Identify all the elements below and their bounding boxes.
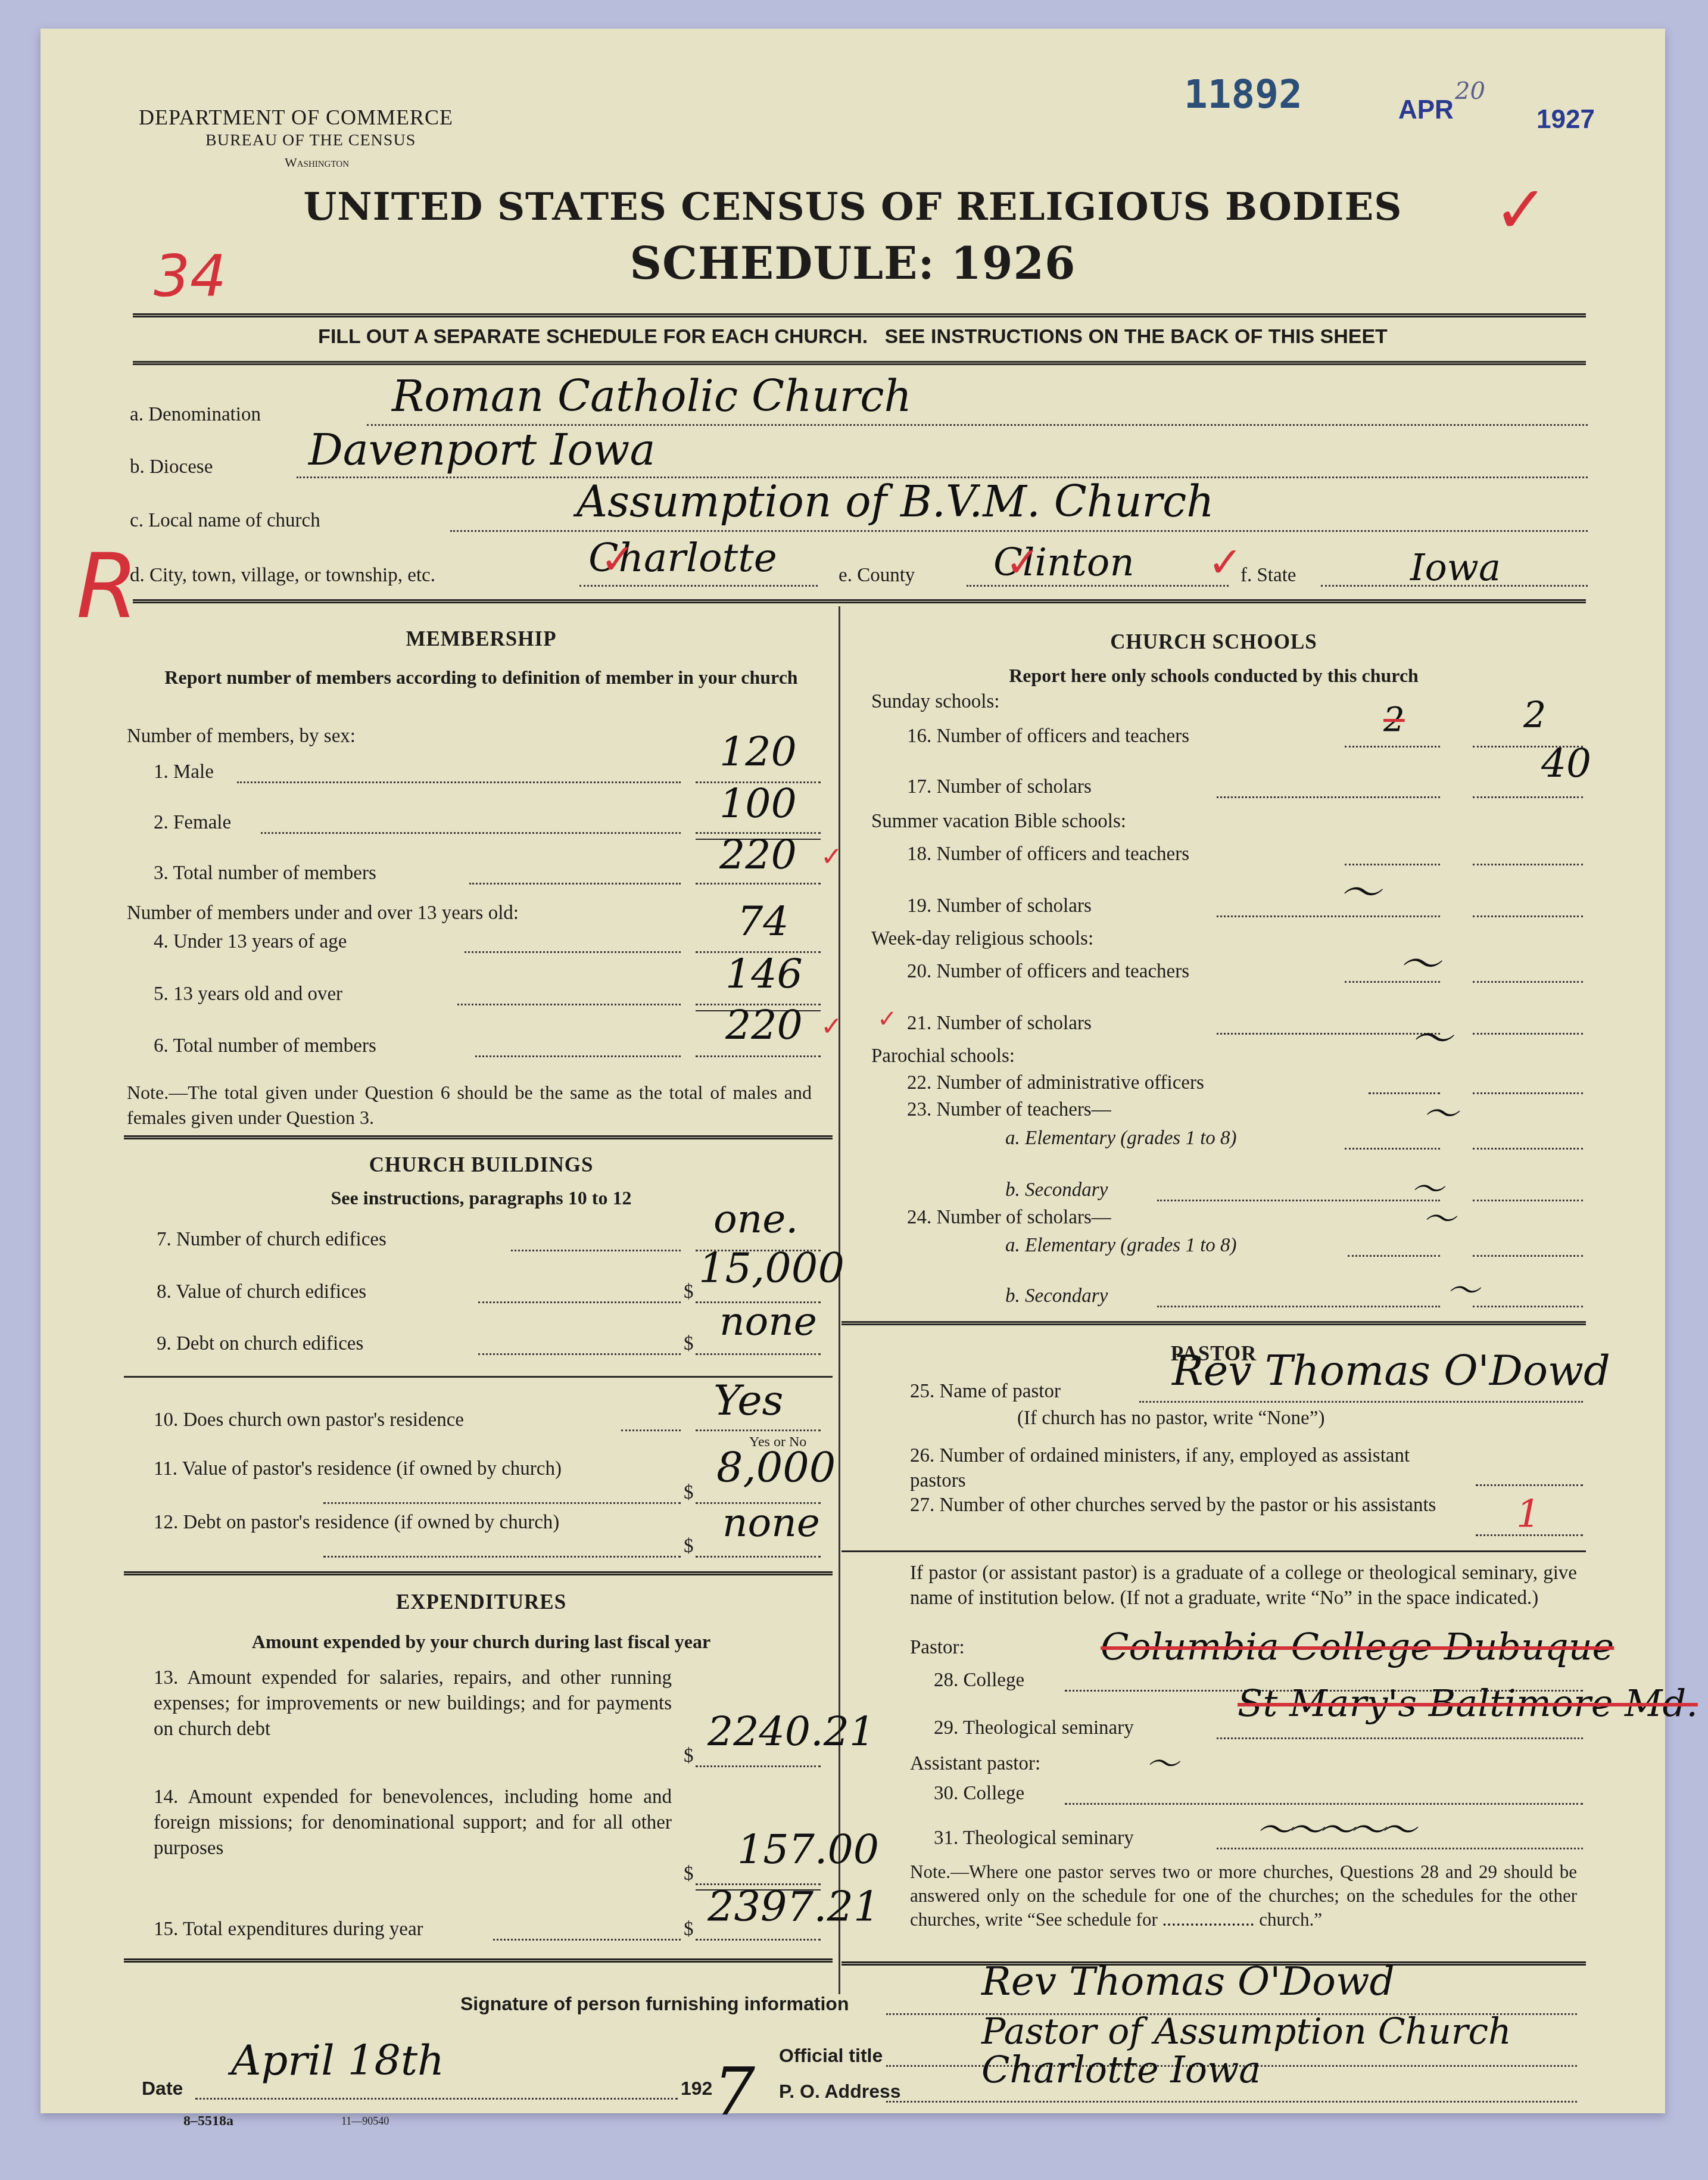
state-field[interactable]: Iowa bbox=[1410, 546, 1501, 589]
dollar-sign: $ bbox=[684, 1333, 694, 1355]
seminary-label: 29. Theological seminary bbox=[934, 1717, 1134, 1739]
membership-subheading: Report number of members according to de… bbox=[160, 663, 803, 692]
schools-subheading: Report here only schools conducted by th… bbox=[841, 665, 1586, 687]
date-field[interactable]: April 18th bbox=[231, 2036, 444, 2085]
official-title-field[interactable]: Pastor of Assumption Church bbox=[981, 2011, 1511, 2053]
dollar-sign: $ bbox=[684, 1536, 694, 1558]
expenditures-subheading: Amount expended by your church during la… bbox=[124, 1631, 839, 1653]
divider bbox=[124, 1135, 833, 1139]
female-label: 2. Female bbox=[154, 812, 231, 834]
benevolences-label: 14. Amount expended for benevolences, in… bbox=[154, 1785, 672, 1861]
county-label: e. County bbox=[839, 565, 915, 587]
sunday-scholars-field[interactable]: 40 bbox=[1541, 740, 1591, 786]
red-ledger-number: 34 bbox=[154, 243, 226, 310]
red-checkmark-icon: ✓ bbox=[1005, 538, 1040, 587]
divider bbox=[124, 1958, 833, 1963]
edifices-count-field[interactable]: one. bbox=[713, 1196, 798, 1242]
form-title: UNITED STATES CENSUS OF RELIGIOUS BODIES bbox=[40, 185, 1665, 229]
under-13-field[interactable]: 74 bbox=[737, 898, 789, 945]
asst-college-label: 30. College bbox=[934, 1783, 1024, 1805]
pastor-subsection-label: Pastor: bbox=[910, 1637, 965, 1659]
sunday-officers-field-a[interactable]: 2 bbox=[1383, 700, 1405, 739]
total-members-2-field[interactable]: 220 bbox=[725, 1002, 803, 1049]
membership-note: Note.—The total given under Question 6 s… bbox=[127, 1080, 812, 1130]
summer-officers-label: 18. Number of officers and teachers bbox=[907, 843, 1189, 865]
official-title-label: Official title bbox=[779, 2045, 883, 2067]
received-day-stamp: 20 bbox=[1455, 77, 1485, 105]
denomination-label: a. Denomination bbox=[130, 404, 261, 426]
total-expenditures-label: 15. Total expenditures during year bbox=[154, 1919, 423, 1941]
summer-schools-label: Summer vacation Bible schools: bbox=[871, 811, 1126, 833]
city-label: d. City, town, village, or township, etc… bbox=[130, 565, 435, 587]
year-field[interactable]: 7 bbox=[713, 2054, 755, 2130]
expenditures-heading: EXPENDITURES bbox=[124, 1590, 839, 1614]
red-checkmark-icon: ✓ bbox=[1494, 172, 1548, 248]
sunday-scholars-label: 17. Number of scholars bbox=[907, 776, 1092, 798]
total-members-field[interactable]: 220 bbox=[719, 831, 797, 879]
owns-residence-label: 10. Does church own pastor's residence bbox=[154, 1409, 464, 1431]
dollar-sign: $ bbox=[684, 1863, 694, 1885]
parochial-teachers-label: 23. Number of teachers— bbox=[907, 1099, 1111, 1121]
parochial-scholars-label: 24. Number of scholars— bbox=[907, 1207, 1111, 1229]
graduate-instructions: If pastor (or assistant pastor) is a gra… bbox=[910, 1561, 1577, 1611]
edifices-debt-field[interactable]: none bbox=[719, 1298, 817, 1344]
membership-heading: MEMBERSHIP bbox=[124, 627, 839, 651]
print-code: 11—90540 bbox=[341, 2115, 389, 2128]
summer-scholars-label: 19. Number of scholars bbox=[907, 895, 1092, 917]
dollar-sign: $ bbox=[684, 1745, 694, 1767]
total-members-2-label: 6. Total number of members bbox=[154, 1035, 376, 1057]
college-field[interactable]: Columbia College Dubuque bbox=[1101, 1625, 1614, 1668]
residence-debt-field[interactable]: none bbox=[722, 1500, 820, 1546]
city-line bbox=[579, 585, 818, 587]
red-checkmark-icon: ✓ bbox=[821, 842, 843, 872]
divider bbox=[133, 599, 1586, 603]
local-name-label: c. Local name of church bbox=[130, 510, 320, 532]
seminary-field[interactable]: St Mary's Baltimore Md. bbox=[1238, 1681, 1698, 1725]
assistant-ministers-label: 26. Number of ordained ministers, if any… bbox=[910, 1443, 1458, 1493]
over-13-field[interactable]: 146 bbox=[725, 951, 803, 998]
signature-label: Signature of person furnishing informati… bbox=[460, 1993, 849, 2015]
weekday-scholars-dash: 〜 bbox=[1410, 1005, 1452, 1066]
red-checkmark-icon: ✓ bbox=[821, 1011, 843, 1042]
benevolences-field[interactable]: 157.00 bbox=[737, 1826, 879, 1873]
dollar-sign: $ bbox=[684, 1919, 694, 1941]
weekday-scholars-label: 21. Number of scholars bbox=[907, 1013, 1092, 1035]
parochial-scholars-dash: 〜 bbox=[1422, 1193, 1455, 1241]
over-13-label: 5. 13 years old and over bbox=[154, 983, 342, 1005]
assistant-pastor-dash: 〜 bbox=[1145, 1738, 1179, 1786]
received-year-stamp: 1927 bbox=[1536, 105, 1595, 135]
weekday-officers-label: 20. Number of officers and teachers bbox=[907, 961, 1189, 983]
divider bbox=[124, 1571, 833, 1575]
po-address-field[interactable]: Charlotte Iowa bbox=[981, 2048, 1261, 2091]
diocese-field[interactable]: Davenport Iowa bbox=[308, 425, 655, 475]
schools-heading: CHURCH SCHOOLS bbox=[841, 630, 1586, 654]
under-13-label: 4. Under 13 years of age bbox=[154, 931, 347, 953]
parochial-teachers-dash: 〜 bbox=[1422, 1086, 1458, 1137]
female-field[interactable]: 100 bbox=[719, 780, 797, 827]
bureau-city: Washington bbox=[285, 155, 349, 170]
other-churches-label: 27. Number of other churches served by t… bbox=[910, 1493, 1458, 1518]
asst-seminary-dash: 〜〜〜〜〜 bbox=[1255, 1801, 1410, 1854]
received-month-stamp: APR bbox=[1398, 95, 1454, 125]
pastor-note: Note.—Where one pastor serves two or mor… bbox=[910, 1860, 1577, 1932]
weekday-officers-dash: 〜 bbox=[1398, 931, 1440, 991]
edifices-count-label: 7. Number of church edifices bbox=[157, 1229, 387, 1251]
dollar-sign: $ bbox=[684, 1281, 694, 1303]
running-expenses-field[interactable]: 2240.21 bbox=[707, 1708, 875, 1755]
sunday-officers-label: 16. Number of officers and teachers bbox=[907, 725, 1189, 748]
pastor-name-label: 25. Name of pastor bbox=[910, 1381, 1061, 1403]
department-name: DEPARTMENT OF COMMERCE bbox=[139, 105, 453, 130]
po-address-label: P. O. Address bbox=[779, 2081, 901, 2103]
divider bbox=[133, 361, 1586, 365]
divider bbox=[133, 313, 1586, 317]
bureau-name: BUREAU OF THE CENSUS bbox=[205, 131, 416, 150]
assistant-pastor-label: Assistant pastor: bbox=[910, 1753, 1040, 1775]
residence-value-label: 11. Value of pastor's residence (if owne… bbox=[154, 1455, 684, 1483]
census-form-sheet: DEPARTMENT OF COMMERCE BUREAU OF THE CEN… bbox=[40, 29, 1665, 2113]
local-name-field[interactable]: Assumption of B.V.M. Church bbox=[576, 477, 1214, 527]
file-number-stamp: 11892 bbox=[1184, 71, 1302, 117]
parochial-scholars-sec-dash: 〜 bbox=[1446, 1265, 1479, 1312]
other-churches-field[interactable]: 1 bbox=[1516, 1493, 1541, 1537]
pastor-name-hint: (If church has no pastor, write “None”) bbox=[1017, 1407, 1324, 1430]
total-members-label: 3. Total number of members bbox=[154, 862, 376, 885]
summer-scholars-dash: 〜 bbox=[1339, 859, 1376, 920]
date-label: Date bbox=[142, 2078, 183, 2100]
total-expenditures-field[interactable]: 2397.21 bbox=[707, 1882, 880, 1931]
male-field[interactable]: 120 bbox=[719, 728, 797, 776]
by-sex-label: Number of members, by sex: bbox=[127, 725, 356, 748]
college-label: 28. College bbox=[934, 1670, 1024, 1692]
diocese-label: b. Diocese bbox=[130, 456, 213, 478]
edifices-value-field[interactable]: 15,000 bbox=[699, 1244, 844, 1293]
running-expenses-label: 13. Amount expended for salaries, repair… bbox=[154, 1665, 672, 1742]
owns-residence-field[interactable]: Yes bbox=[713, 1376, 783, 1425]
year-prefix: 192 bbox=[681, 2078, 712, 2100]
pastor-name-field[interactable]: Rev Thomas O'Dowd bbox=[1172, 1346, 1610, 1395]
column-divider bbox=[839, 606, 840, 1994]
parochial-scholars-sec-label: b. Secondary bbox=[1005, 1285, 1108, 1307]
male-label: 1. Male bbox=[154, 761, 214, 783]
buildings-heading: CHURCH BUILDINGS bbox=[124, 1153, 839, 1177]
residence-debt-label: 12. Debt on pastor's residence (if owned… bbox=[154, 1509, 684, 1536]
dollar-sign: $ bbox=[684, 1482, 694, 1504]
asst-seminary-label: 31. Theological seminary bbox=[934, 1827, 1134, 1849]
red-checkmark-icon: ✓ bbox=[600, 535, 635, 584]
form-number: 8–5518a bbox=[183, 2113, 233, 2129]
state-label: f. State bbox=[1241, 565, 1296, 587]
sunday-officers-field-b[interactable]: 2 bbox=[1523, 695, 1546, 736]
by-age-label: Number of members under and over 13 year… bbox=[127, 902, 519, 924]
sunday-schools-label: Sunday schools: bbox=[871, 691, 999, 713]
parochial-scholars-elem-label: a. Elementary (grades 1 to 8) bbox=[1005, 1235, 1237, 1257]
signature-field[interactable]: Rev Thomas O'Dowd bbox=[981, 1958, 1395, 2004]
parochial-teachers-sec-label: b. Secondary bbox=[1005, 1179, 1108, 1201]
local-name-line bbox=[450, 530, 1588, 532]
residence-value-field[interactable]: 8,000 bbox=[716, 1443, 836, 1492]
edifices-debt-label: 9. Debt on church edifices bbox=[157, 1333, 363, 1355]
weekday-schools-label: Week-day religious schools: bbox=[871, 928, 1093, 950]
divider bbox=[841, 1550, 1586, 1552]
schedule-year: SCHEDULE: 1926 bbox=[40, 238, 1665, 289]
denomination-field[interactable]: Roman Catholic Church bbox=[392, 371, 912, 421]
divider bbox=[841, 1321, 1586, 1325]
instruction-banner: FILL OUT A SEPARATE SCHEDULE FOR EACH CH… bbox=[40, 325, 1665, 348]
red-r-mark: R bbox=[76, 535, 138, 639]
red-checkmark-icon: ✓ bbox=[877, 1005, 897, 1033]
edifices-value-label: 8. Value of church edifices bbox=[157, 1281, 366, 1303]
red-checkmark-icon: ✓ bbox=[1208, 538, 1243, 587]
parochial-schools-label: Parochial schools: bbox=[871, 1045, 1015, 1067]
parochial-admin-label: 22. Number of administrative officers bbox=[907, 1072, 1204, 1094]
parochial-teachers-elem-label: a. Elementary (grades 1 to 8) bbox=[1005, 1128, 1237, 1150]
